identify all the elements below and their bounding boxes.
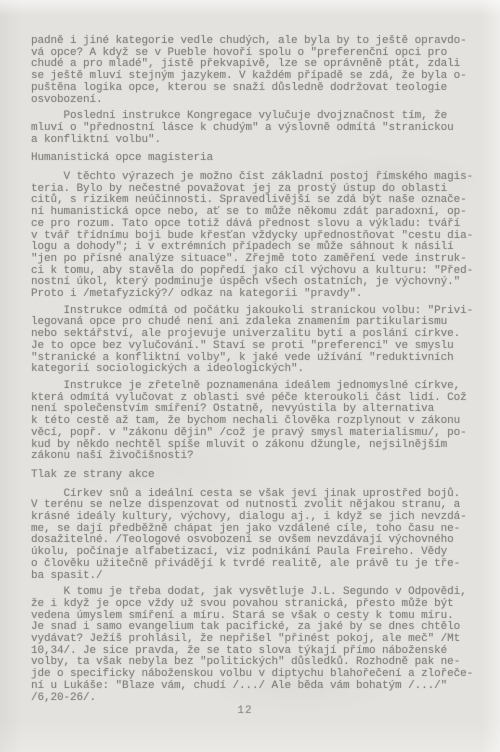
section-heading-tlak-ze-strany-akce: Tlak ze strany akce [31,470,489,482]
document-text-column: padně i jiné kategorie vedle chudých, al… [31,36,489,709]
section-heading-humanisticka-opce: Humanistická opce magisteria [31,153,489,165]
paragraph-posledni-instrukce: Poslední instrukce Kongregace vylučuje d… [31,111,489,146]
paragraph-v-techto-vyrazech: V těchto výrazech je možno číst základní… [31,172,489,301]
scanned-document-page: padně i jiné kategorie vedle chudých, al… [0,0,500,752]
paragraph-instrukce-je-zretelne: Instrukce je zřetelně poznamenána ideále… [31,381,489,463]
paragraph-k-tomu-je-treba-dodat: K tomu je třeba dodat, jak vysvětluje J.… [31,587,489,704]
paragraph-cirkev-snu: Církev snů a ideální cesta se však jeví … [31,489,489,583]
paragraph-continuation-opce-pro-chude: padně i jiné kategorie vedle chudých, al… [31,36,489,106]
paragraph-instrukce-odmita: Instrukce odmítá od počátku jakoukoli st… [31,306,489,376]
page-number: 12 [0,705,490,717]
